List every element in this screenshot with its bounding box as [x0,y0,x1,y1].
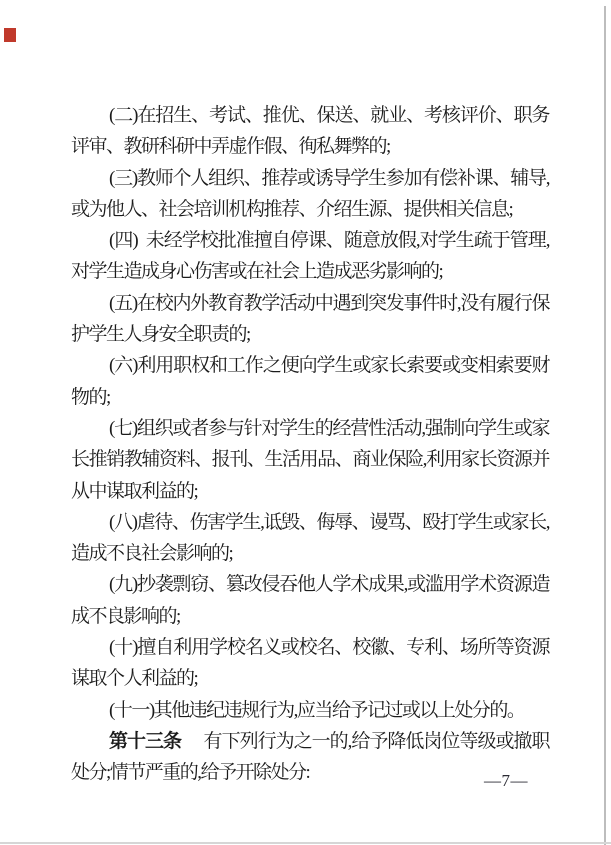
page-number: —7— [484,771,528,791]
list-item: (二)在招生、考试、推优、保送、就业、考核评价、职务评审、教研科研中弄虚作假、徇… [71,100,549,163]
page-edge-right [604,6,606,845]
list-item: (六)利用职权和工作之便向学生或家长索要或变相索要财物的; [71,350,549,413]
document-page: (二)在招生、考试、推优、保送、就业、考核评价、职务评审、教研科研中弄虚作假、徇… [0,0,611,845]
list-item: (七)组织或者参与针对学生的经营性活动,强制向学生或家长推销教辅资料、报刊、生活… [71,413,549,507]
page-edge-bottom [0,842,611,844]
list-item: (三)教师个人组织、推荐或诱导学生参加有偿补课、辅导,或为他人、社会培训机构推荐… [71,163,549,226]
red-stamp-mark [4,28,16,42]
list-item: (十)擅自利用学校名义或校名、校徽、专利、场所等资源谋取个人利益的; [71,632,549,695]
article-number: 第十三条 [109,731,181,752]
list-item: (九)抄袭剽窃、篡改侵吞他人学术成果,或滥用学术资源造成不良影响的; [71,569,549,632]
list-item: (十一)其他违纪违规行为,应当给予记过或以上处分的。 [71,695,549,726]
article-paragraph: 第十三条有下列行为之一的,给予降低岗位等级或撤职处分;情节严重的,给予开除处分: [71,726,549,789]
list-item: (八)虐待、伤害学生,诋毁、侮辱、谩骂、殴打学生或家长,造成不良社会影响的; [71,507,549,570]
list-item: (四) 未经学校批准擅自停课、随意放假,对学生疏于管理,对学生造成身心伤害或在社… [71,225,549,288]
list-item: (五)在校内外教育教学活动中遇到突发事件时,没有履行保护学生人身安全职责的; [71,288,549,351]
document-body: (二)在招生、考试、推优、保送、就业、考核评价、职务评审、教研科研中弄虚作假、徇… [71,100,549,789]
